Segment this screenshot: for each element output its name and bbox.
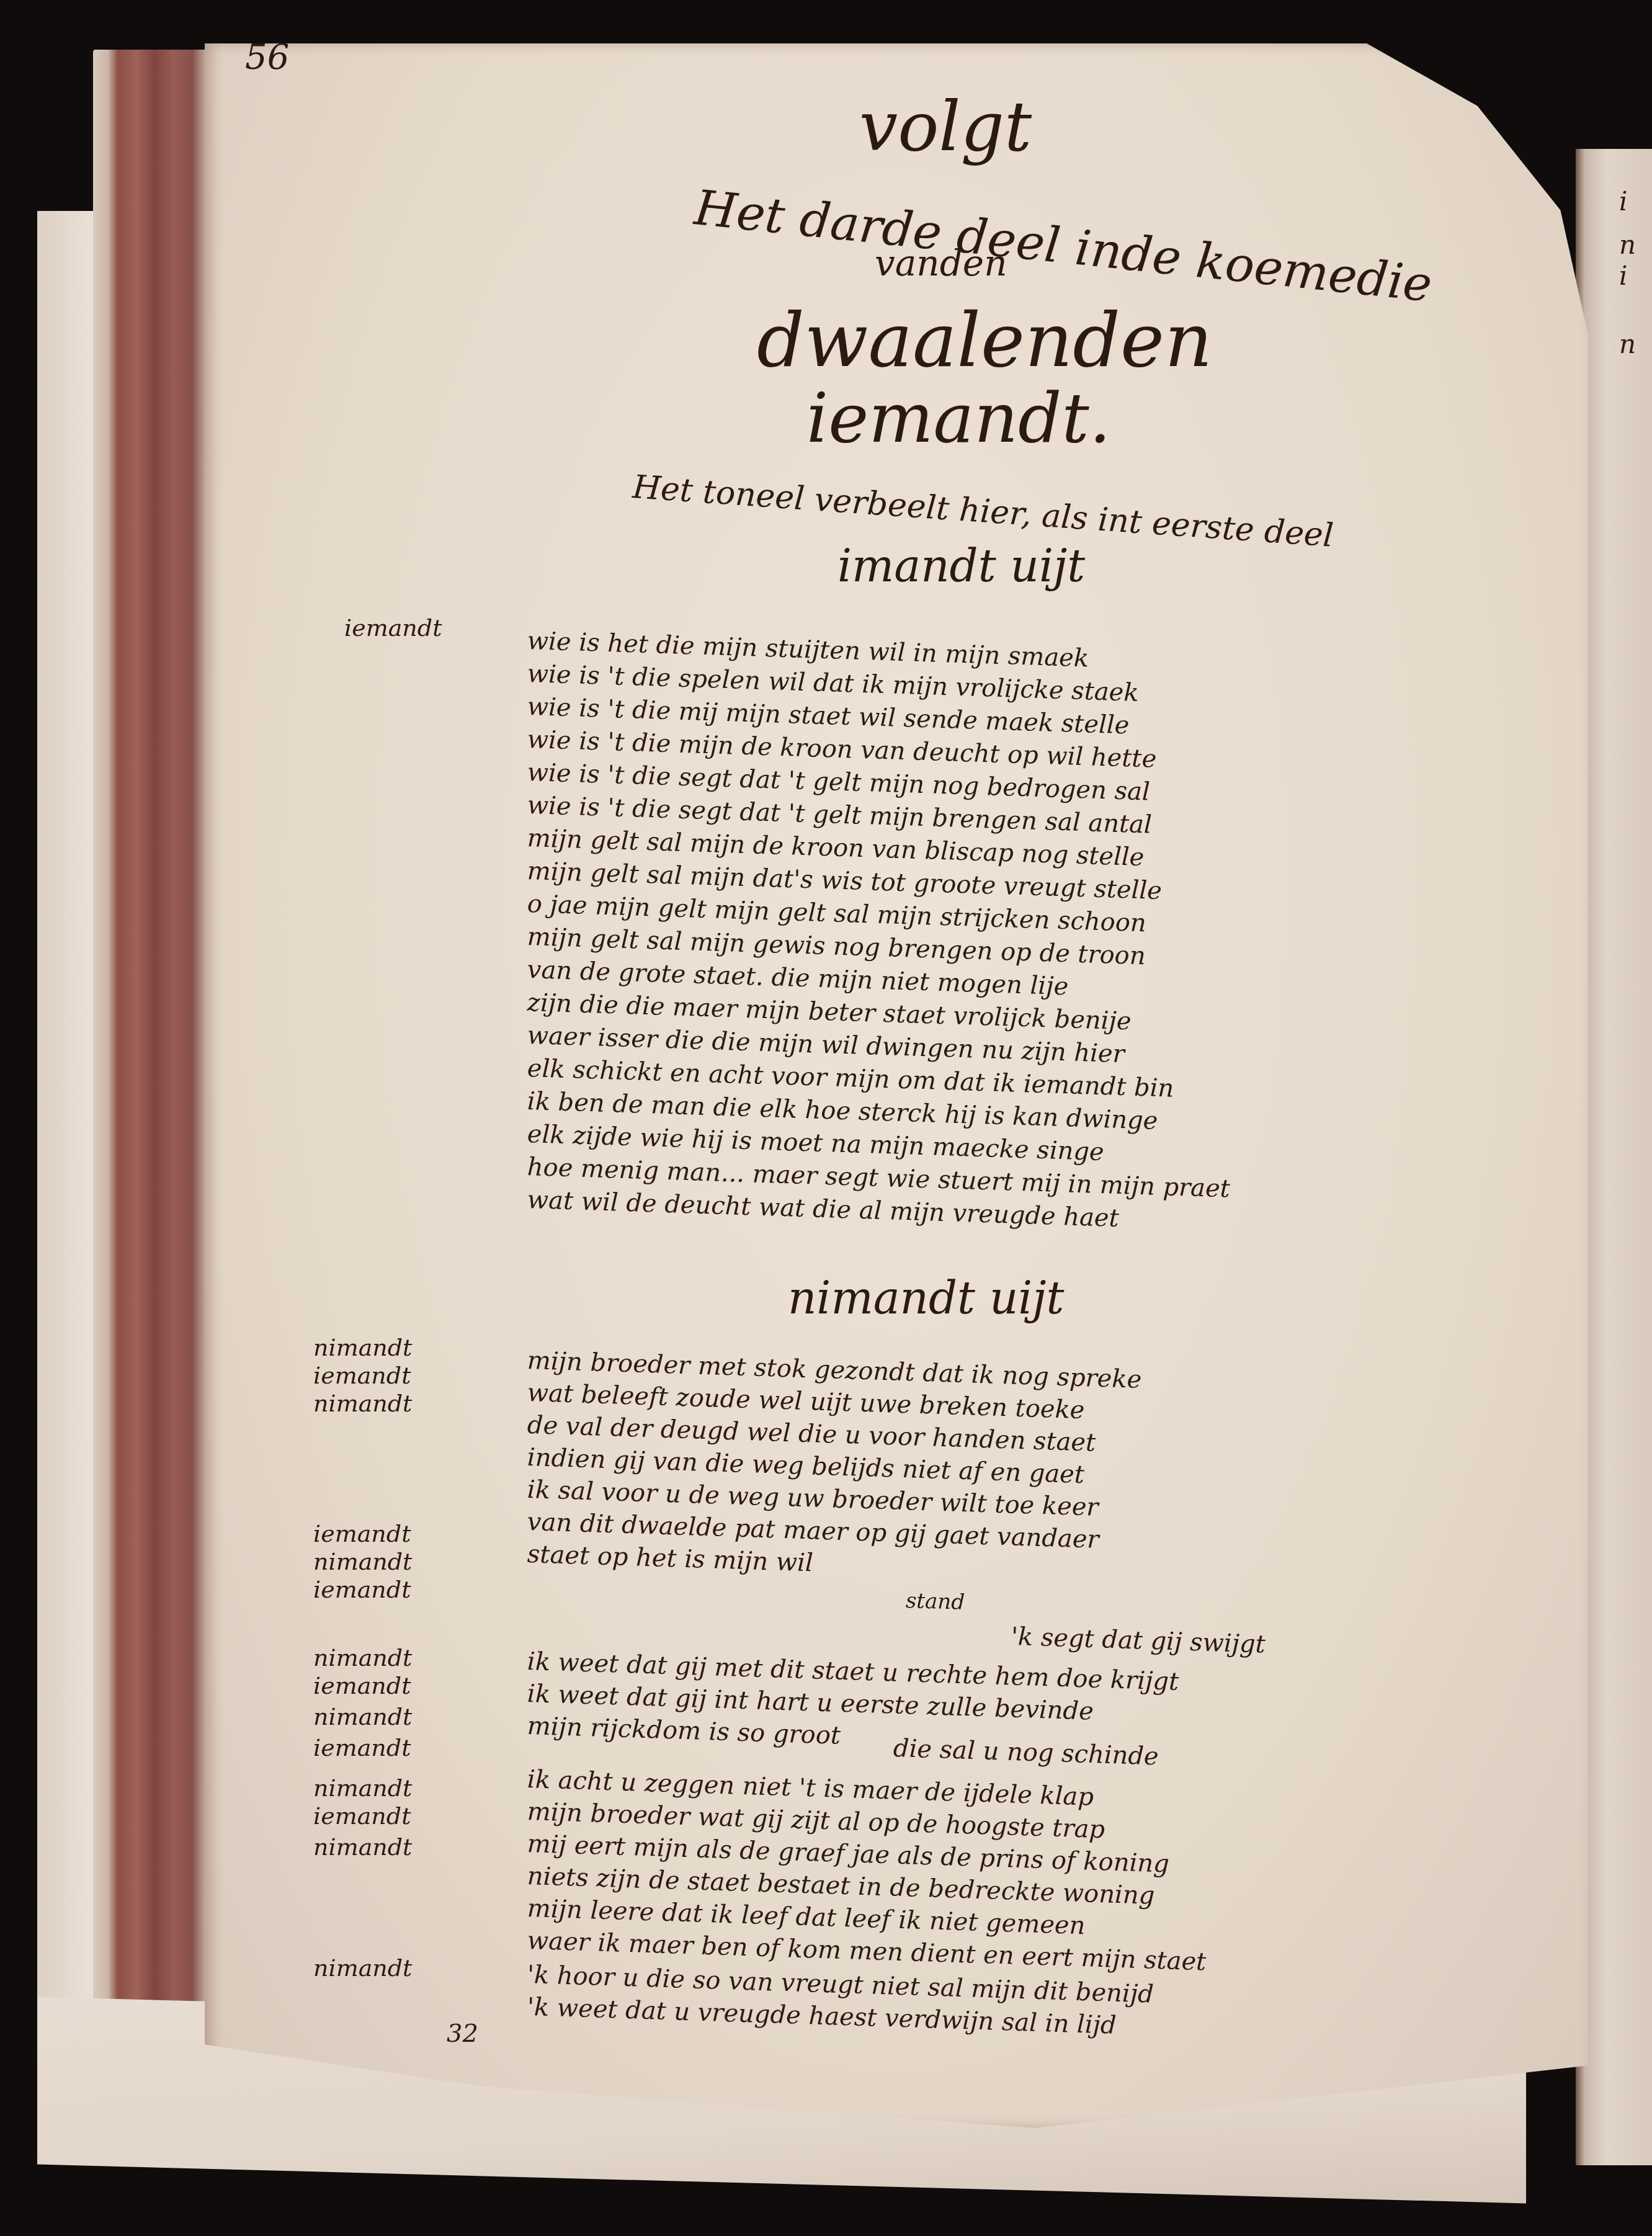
title-line-main: dwaalenden xyxy=(757,298,1212,384)
speaker-name: iemandt xyxy=(313,1802,411,1830)
book-red-page-edges xyxy=(93,50,217,2060)
speaker-name: nimandt xyxy=(313,1334,412,1361)
facing-page-fragment: n xyxy=(1619,329,1636,359)
signature-mark: 32 xyxy=(447,2019,478,2048)
speaker-name: nimandt xyxy=(313,1774,412,1802)
title-line-iemandt: iemandt. xyxy=(806,378,1111,458)
facing-page-fragment: n xyxy=(1619,230,1636,260)
speaker-name: iemandt xyxy=(313,1672,411,1699)
speaker-name: nimandt xyxy=(313,1833,412,1861)
speaker-name: iemandt xyxy=(313,1362,411,1389)
scene-heading: nimandt uijt xyxy=(788,1272,1065,1324)
facing-page-fragment: i xyxy=(1619,261,1627,291)
speaker-name: nimandt xyxy=(313,1390,412,1417)
speaker-name: nimandt xyxy=(313,1548,412,1575)
speaker-name: iemandt xyxy=(344,614,442,642)
verse-line: stand xyxy=(905,1588,965,1615)
speaker-name: iemandt xyxy=(313,1520,411,1547)
speaker-name: nimandt xyxy=(313,1644,412,1671)
title-line-volgt: volgt xyxy=(859,87,1032,166)
speaker-name: nimandt xyxy=(313,1954,412,1982)
scene-heading: imandt uijt xyxy=(837,540,1085,592)
facing-page-fragment: i xyxy=(1619,186,1627,217)
speaker-name: iemandt xyxy=(313,1734,411,1761)
speaker-name: iemandt xyxy=(313,1576,411,1603)
page-number: 56 xyxy=(245,37,289,78)
speaker-name: nimandt xyxy=(313,1703,412,1730)
title-line-vanden: vanden xyxy=(875,242,1007,284)
